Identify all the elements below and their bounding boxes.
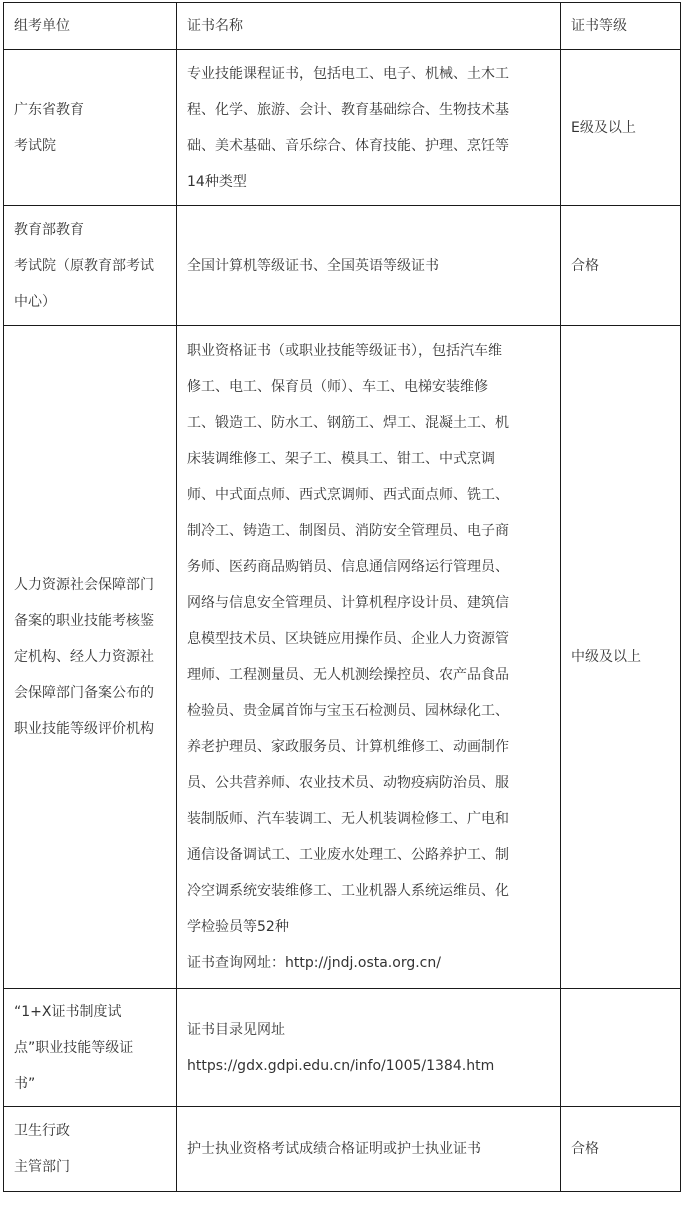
cert-line: 检验员、贵金属首饰与宝玉石检测员、园林绿化工、 [187, 693, 550, 729]
cert-line: 通信设备调试工、工业废水处理工、公路养护工、制 [187, 837, 550, 873]
cert-line: 护士执业资格考试成绩合格证明或护士执业证书 [187, 1131, 550, 1167]
table-row: 教育部教育 考试院（原教育部考试 中心） 全国计算机等级证书、全国英语等级证书 … [4, 206, 681, 326]
unit-line: “1+X证书制度试 [14, 994, 166, 1030]
header-unit: 组考单位 [4, 3, 177, 50]
unit-line: 职业技能等级评价机构 [14, 711, 166, 747]
table-header-row: 组考单位 证书名称 证书等级 [4, 3, 681, 50]
cert-level-cell: 中级及以上 [561, 326, 681, 989]
cert-line: 修工、电工、保育员（师）、车工、电梯安装维修 [187, 369, 550, 405]
cert-query-label: 证书查询网址： [187, 955, 285, 971]
cert-name-cell: 专业技能课程证书，包括电工、电子、机械、土木工 程、化学、旅游、会计、教育基础综… [177, 50, 561, 206]
cert-level-cell [561, 989, 681, 1107]
unit-line: 考试院（原教育部考试 [14, 248, 166, 284]
table-row: 广东省教育 考试院 专业技能课程证书，包括电工、电子、机械、土木工 程、化学、旅… [4, 50, 681, 206]
unit-cell: “1+X证书制度试 点”职业技能等级证 书” [4, 989, 177, 1107]
cert-level-cell: 合格 [561, 1107, 681, 1192]
unit-line: 点”职业技能等级证 [14, 1030, 166, 1066]
unit-line: 主管部门 [14, 1149, 166, 1185]
cert-line: 全国计算机等级证书、全国英语等级证书 [187, 248, 550, 284]
unit-cell: 教育部教育 考试院（原教育部考试 中心） [4, 206, 177, 326]
header-cert-name: 证书名称 [177, 3, 561, 50]
table-row: 人力资源社会保障部门 备案的职业技能考核鉴 定机构、经人力资源社 会保障部门备案… [4, 326, 681, 989]
cert-query-url: http://jndj.osta.org.cn/ [285, 955, 441, 971]
header-cert-level: 证书等级 [561, 3, 681, 50]
unit-line: 定机构、经人力资源社 [14, 639, 166, 675]
cert-name-cell: 职业资格证书（或职业技能等级证书），包括汽车维 修工、电工、保育员（师）、车工、… [177, 326, 561, 989]
cert-line: 程、化学、旅游、会计、教育基础综合、生物技术基 [187, 92, 550, 128]
cert-line: 务师、医药商品购销员、信息通信网络运行管理员、 [187, 549, 550, 585]
unit-line: 书” [14, 1066, 166, 1102]
cert-line: 专业技能课程证书，包括电工、电子、机械、土木工 [187, 56, 550, 92]
unit-line: 中心） [14, 284, 166, 320]
unit-cell: 人力资源社会保障部门 备案的职业技能考核鉴 定机构、经人力资源社 会保障部门备案… [4, 326, 177, 989]
table-row: 卫生行政 主管部门 护士执业资格考试成绩合格证明或护士执业证书 合格 [4, 1107, 681, 1192]
cert-line: 理师、工程测量员、无人机测绘操控员、农产品食品 [187, 657, 550, 693]
unit-line: 备案的职业技能考核鉴 [14, 603, 166, 639]
cert-level-cell: E级及以上 [561, 50, 681, 206]
cert-line: 职业资格证书（或职业技能等级证书），包括汽车维 [187, 333, 550, 369]
cert-query-line: 证书查询网址：http://jndj.osta.org.cn/ [187, 945, 550, 981]
cert-line: 息模型技术员、区块链应用操作员、企业人力资源管 [187, 621, 550, 657]
cert-line: 师、中式面点师、西式烹调师、西式面点师、铣工、 [187, 477, 550, 513]
unit-line: 人力资源社会保障部门 [14, 567, 166, 603]
cert-line: 床装调维修工、架子工、模具工、钳工、中式烹调 [187, 441, 550, 477]
cert-line: 装制版师、汽车装调工、无人机装调检修工、广电和 [187, 801, 550, 837]
cert-line: 员、公共营养师、农业技术员、动物疫病防治员、服 [187, 765, 550, 801]
cert-name-cell: 全国计算机等级证书、全国英语等级证书 [177, 206, 561, 326]
cert-line: 14种类型 [187, 164, 550, 200]
cert-line: 制冷工、铸造工、制图员、消防安全管理员、电子商 [187, 513, 550, 549]
unit-line: 教育部教育 [14, 212, 166, 248]
unit-line: 考试院 [14, 128, 166, 164]
cert-line: 网络与信息安全管理员、计算机程序设计员、建筑信 [187, 585, 550, 621]
unit-line: 广东省教育 [14, 92, 166, 128]
unit-line: 会保障部门备案公布的 [14, 675, 166, 711]
cert-line: 冷空调系统安装维修工、工业机器人系统运维员、化 [187, 873, 550, 909]
cert-name-cell: 护士执业资格考试成绩合格证明或护士执业证书 [177, 1107, 561, 1192]
cert-line: 础、美术基础、音乐综合、体育技能、护理、烹饪等 [187, 128, 550, 164]
unit-line: 卫生行政 [14, 1113, 166, 1149]
cert-line: 养老护理员、家政服务员、计算机维修工、动画制作 [187, 729, 550, 765]
unit-cell: 卫生行政 主管部门 [4, 1107, 177, 1192]
certificate-table: 组考单位 证书名称 证书等级 广东省教育 考试院 专业技能课程证书，包括电工、电… [3, 2, 681, 1192]
cert-name-cell: 证书目录见网址 https://gdx.gdpi.edu.cn/info/100… [177, 989, 561, 1107]
cert-line: 证书目录见网址 [187, 1012, 550, 1048]
unit-cell: 广东省教育 考试院 [4, 50, 177, 206]
table-row: “1+X证书制度试 点”职业技能等级证 书” 证书目录见网址 https://g… [4, 989, 681, 1107]
cert-line: 工、锻造工、防水工、钢筋工、焊工、混凝土工、机 [187, 405, 550, 441]
cert-level-cell: 合格 [561, 206, 681, 326]
cert-line: 学检验员等52种 [187, 909, 550, 945]
cert-catalog-url: https://gdx.gdpi.edu.cn/info/1005/1384.h… [187, 1048, 550, 1084]
